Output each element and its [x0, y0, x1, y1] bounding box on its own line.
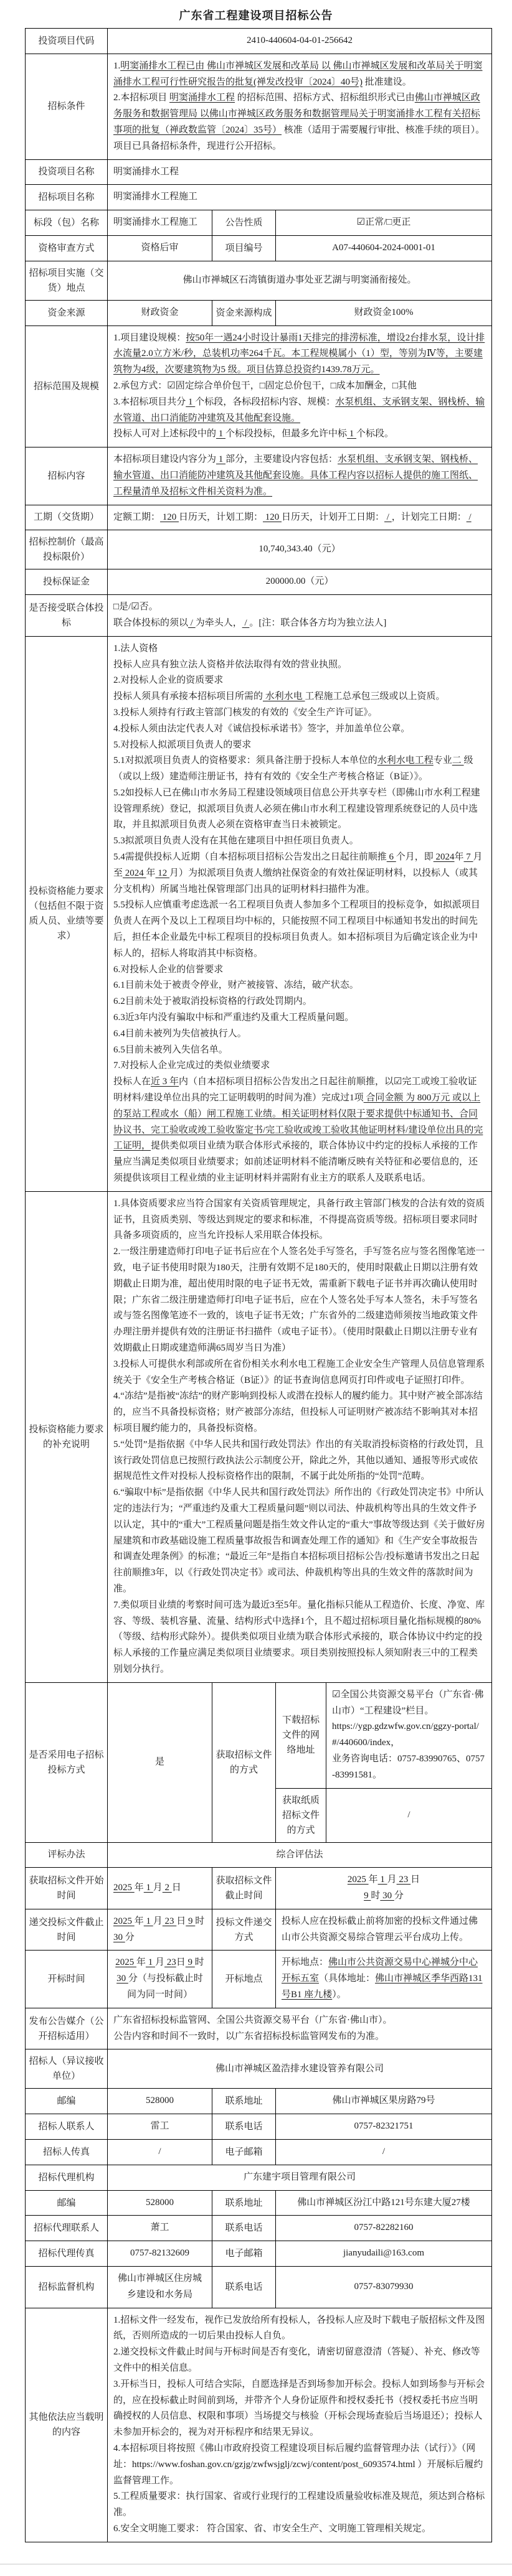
paper-docs-value: /	[326, 1788, 492, 1842]
paper-docs-label: 获取纸质招标文件的方式	[276, 1788, 326, 1842]
project-number-value: A07-440604-2024-0001-01	[276, 235, 492, 261]
row-invest-name: 投资项目名称 明窦涌排水工程	[26, 159, 492, 185]
qualification-review-value: 资格后审	[108, 235, 212, 261]
location-label: 招标项目实施（交货）地点	[26, 261, 108, 300]
row-duration: 工期（交货期） 定额工期： 120 日历天，计划工期： 120 日历天，计划开工…	[26, 505, 492, 530]
tender-conditions-label: 招标条件	[26, 54, 108, 159]
row-tenderer-fax: 招标人传真 / 电子邮箱 /	[26, 2140, 492, 2165]
row-evaluation-method: 评标办法 综合评估法	[26, 1842, 492, 1868]
invest-name-value: 明窦涌排水工程	[108, 159, 492, 185]
doc-end-value: 2025 年 1 月 23 日9 时 30 分	[276, 1868, 492, 1909]
tenderer-fax-label: 招标人传真	[26, 2140, 108, 2165]
page-title: 广东省工程建设项目招标公告	[0, 0, 512, 28]
other-label: 其他依法应当载明的内容	[26, 2308, 108, 2542]
row-bid-bond: 投标保证金 200000.00（元）	[26, 569, 492, 595]
qualification-notes-label: 投标资格能力要求的补充说明	[26, 1191, 108, 1682]
supervisor-label: 招标监督机构	[26, 2267, 108, 2308]
qualification-review-label: 资格审查方式	[26, 235, 108, 261]
e-bidding-label: 是否采用电子招标投标方式	[26, 1682, 108, 1842]
scope-label: 招标范围及规模	[26, 326, 108, 447]
section-name-value: 明窦涌排水工程施工	[108, 210, 212, 236]
evaluation-method-value: 综合评估法	[108, 1842, 492, 1868]
funds-label: 资金来源	[26, 300, 108, 326]
tender-conditions-text: 1.明窦涌排水工程已由 佛山市禅城区发展和改革局 以 佛山市禅城区发展和改革局关…	[108, 54, 492, 159]
content-text: 本招标项目建设内容分为 1 部分，主要建设内容包括：水泵机组、支承钢支架、钢栈桥…	[108, 447, 492, 505]
tender-notice-table: 投资项目代码 2410-440604-04-01-256642 招标条件 1.明…	[25, 28, 492, 2542]
row-agency-fax: 招标代理传真 0757-82132609 电子邮箱 jianyudaili@16…	[26, 2241, 492, 2267]
agency-postcode-label: 邮编	[26, 2190, 108, 2216]
agency-fax-label: 招标代理传真	[26, 2241, 108, 2267]
tenderer-address-value: 佛山市禅城区果房路79号	[276, 2089, 492, 2114]
row-qualification-review: 资格审查方式 资格后审 项目编号 A07-440604-2024-0001-01	[26, 235, 492, 261]
agency-value: 广东建宇项目管理有限公司	[108, 2165, 492, 2190]
project-number-label: 项目编号	[212, 235, 276, 261]
media-text: 广东省招标投标监管网、全国公共资源交易平台（广东省·佛山市）。公告内容和时间不一…	[108, 2008, 492, 2049]
row-tenderer-postcode: 邮编 528000 联系地址 佛山市禅城区果房路79号	[26, 2089, 492, 2114]
supervisor-value: 佛山市禅城区住房城乡建设和水务局	[108, 2267, 212, 2308]
row-other: 其他依法应当载明的内容 1.招标文件一经发布，视作已发放给所有投标人，各投标人应…	[26, 2308, 492, 2542]
bid-bond-value: 200000.00（元）	[108, 569, 492, 595]
tenderer-postcode-label: 邮编	[26, 2089, 108, 2114]
opening-time-label: 开标时间	[26, 1951, 108, 2008]
row-invest-code: 投资项目代码 2410-440604-04-01-256642	[26, 29, 492, 54]
other-text: 1.招标文件一经发布，视作已发放给所有投标人，各投标人应及时下载电子版招标文件及…	[108, 2308, 492, 2542]
qualification-requirements-label: 投标资格能力要求（包括但不限于资质人员、业绩等要求）	[26, 636, 108, 1191]
agency-postcode-value: 528000	[108, 2190, 212, 2216]
agency-fax-value: 0757-82132609	[108, 2241, 212, 2267]
supervisor-phone-value: 0757-83079930	[276, 2267, 492, 2308]
content-label: 招标内容	[26, 447, 108, 505]
row-agency: 招标代理机构 广东建宇项目管理有限公司	[26, 2165, 492, 2190]
tenderer-phone-value: 0757-82321751	[276, 2114, 492, 2140]
consortium-text: □是/☑否。联合体投标的须以 / 为牵头人， / 。[注：联合体各方均为独立法人…	[108, 595, 492, 637]
doc-start-label: 获取招标文件开始时间	[26, 1868, 108, 1909]
page-bottom-divider	[0, 2564, 512, 2576]
row-agency-postcode: 邮编 528000 联系地址 佛山市禅城区汾江中路121号东建大厦27楼	[26, 2190, 492, 2216]
notice-nature-label: 公告性质	[212, 210, 276, 236]
agency-email-value: jianyudaili@163.com	[276, 2241, 492, 2267]
row-doc-times: 获取招标文件开始时间 2025 年 1 月 2 日 获取招标文件截止时间 202…	[26, 1868, 492, 1909]
agency-phone-value: 0757-82282160	[276, 2216, 492, 2241]
tenderer-address-label: 联系地址	[212, 2089, 276, 2114]
row-tenderer: 招标人（异议接收单位） 佛山市禅城区盈浩排水建设管养有限公司	[26, 2049, 492, 2089]
download-url-value: ☑全国公共资源交易平台（广东省·佛山市）“工程建设”栏目。https://ygp…	[326, 1682, 492, 1788]
scope-text: 1.项目建设规模：按50年一遇24小时设计暴雨1天排完的排涝标准，增设2台排水泵…	[108, 326, 492, 447]
tenderer-fax-value: /	[108, 2140, 212, 2165]
row-tenderer-contact: 招标人联系人 雷工 联系电话 0757-82321751	[26, 2114, 492, 2140]
tenderer-contact-label: 招标人联系人	[26, 2114, 108, 2140]
opening-place-label: 开标地点	[212, 1951, 276, 2008]
tenderer-postcode-value: 528000	[108, 2089, 212, 2114]
row-project-name: 招标项目名称 明窦涌排水工程施工	[26, 185, 492, 210]
project-name-value: 明窦涌排水工程施工	[108, 185, 492, 210]
submit-deadline-value: 2025 年 1 月 23 日 9 时 30 分	[108, 1909, 212, 1951]
invest-code-value: 2410-440604-04-01-256642	[108, 29, 492, 54]
notice-nature-value: ☑正常/□更正	[276, 210, 492, 236]
download-url-label: 下载招标文件的网络地址	[276, 1682, 326, 1788]
invest-code-label: 投资项目代码	[26, 29, 108, 54]
agency-contact-label: 招标代理联系人	[26, 2216, 108, 2241]
delivery-method-value: 投标人应在投标截止前将加密的投标文件通过佛山市公共资源交易综合管理云平台成功上传…	[276, 1909, 492, 1951]
supervisor-phone-label: 联系电话	[212, 2267, 276, 2308]
agency-email-label: 电子邮箱	[212, 2241, 276, 2267]
row-location: 招标项目实施（交货）地点 佛山市禅城区石湾镇街道办事处亚艺湖与明窦涌衔接处。	[26, 261, 492, 300]
qualification-requirements-text: 1.法人资格投标人应具有独立法人资格并依法取得有效的营业执照。2.对投标人企业的…	[108, 636, 492, 1191]
agency-address-value: 佛山市禅城区汾江中路121号东建大厦27楼	[276, 2190, 492, 2216]
submit-deadline-label: 递交投标文件截止时间	[26, 1909, 108, 1951]
agency-address-label: 联系地址	[212, 2190, 276, 2216]
agency-label: 招标代理机构	[26, 2165, 108, 2190]
row-tender-conditions: 招标条件 1.明窦涌排水工程已由 佛山市禅城区发展和改革局 以 佛山市禅城区发展…	[26, 54, 492, 159]
invest-name-label: 投资项目名称	[26, 159, 108, 185]
row-submit-deadline: 递交投标文件截止时间 2025 年 1 月 23 日 9 时 30 分 投标文件…	[26, 1909, 492, 1951]
section-name-label: 标段（包）名称	[26, 210, 108, 236]
control-price-label: 招标控制价（最高投标限价）	[26, 530, 108, 569]
evaluation-method-label: 评标办法	[26, 1842, 108, 1868]
tenderer-phone-label: 联系电话	[212, 2114, 276, 2140]
doc-start-value: 2025 年 1 月 2 日	[108, 1868, 212, 1909]
row-opening: 开标时间 2025 年 1 月 23日 9 时30 分（与投标截止时间为同一时间…	[26, 1951, 492, 2008]
row-section-name: 标段（包）名称 明窦涌排水工程施工 公告性质 ☑正常/□更正	[26, 210, 492, 236]
tenderer-value: 佛山市禅城区盈浩排水建设管养有限公司	[108, 2049, 492, 2089]
row-consortium: 是否接受联合体投标 □是/☑否。联合体投标的须以 / 为牵头人， / 。[注：联…	[26, 595, 492, 637]
e-bidding-value: 是	[108, 1682, 212, 1842]
agency-phone-label: 联系电话	[212, 2216, 276, 2241]
row-media: 发布公告媒介（公开招标适用） 广东省招标投标监管网、全国公共资源交易平台（广东省…	[26, 2008, 492, 2049]
qualification-notes-text: 1.具体资质要求应当符合国家有关资质管理规定，具备行政主管部门核发的合法有效的资…	[108, 1191, 492, 1682]
row-qualification-notes: 投标资格能力要求的补充说明 1.具体资质要求应当符合国家有关资质管理规定，具备行…	[26, 1191, 492, 1682]
funds-value: 财政资金	[108, 300, 212, 326]
row-agency-contact: 招标代理联系人 萧工 联系电话 0757-82282160	[26, 2216, 492, 2241]
media-label: 发布公告媒介（公开招标适用）	[26, 2008, 108, 2049]
row-funds: 资金来源 财政资金 资金来源构成 财政资金100%	[26, 300, 492, 326]
location-value: 佛山市禅城区石湾镇街道办事处亚艺湖与明窦涌衔接处。	[108, 261, 492, 300]
bid-bond-label: 投标保证金	[26, 569, 108, 595]
row-e-bidding-download: 是否采用电子招标投标方式 是 获取招标文件的方式 下载招标文件的网络地址 ☑全国…	[26, 1682, 492, 1788]
row-content: 招标内容 本招标项目建设内容分为 1 部分，主要建设内容包括：水泵机组、支承钢支…	[26, 447, 492, 505]
row-supervisor: 招标监督机构 佛山市禅城区住房城乡建设和水务局 联系电话 0757-830799…	[26, 2267, 492, 2308]
delivery-method-label: 投标文件递交方式	[212, 1909, 276, 1951]
funds-composition-label: 资金来源构成	[212, 300, 276, 326]
tender-notice-page: 广东省工程建设项目招标公告 投资项目代码 2410-440604-04-01-2…	[0, 0, 512, 2576]
duration-text: 定额工期： 120 日历天，计划工期： 120 日历天，计划开工日期： / ，计…	[108, 505, 492, 530]
opening-time-value: 2025 年 1 月 23日 9 时30 分（与投标截止时间为同一时间）	[108, 1951, 212, 2008]
row-qualification-requirements: 投标资格能力要求（包括但不限于资质人员、业绩等要求） 1.法人资格投标人应具有独…	[26, 636, 492, 1191]
doc-end-label: 获取招标文件截止时间	[212, 1868, 276, 1909]
tenderer-email-value: /	[276, 2140, 492, 2165]
row-control-price: 招标控制价（最高投标限价） 10,740,343.40（元）	[26, 530, 492, 569]
funds-composition-value: 财政资金100%	[276, 300, 492, 326]
project-name-label: 招标项目名称	[26, 185, 108, 210]
row-scope: 招标范围及规模 1.项目建设规模：按50年一遇24小时设计暴雨1天排完的排涝标准…	[26, 326, 492, 447]
tenderer-contact-value: 雷工	[108, 2114, 212, 2140]
duration-label: 工期（交货期）	[26, 505, 108, 530]
obtain-docs-label: 获取招标文件的方式	[212, 1682, 276, 1842]
tenderer-label: 招标人（异议接收单位）	[26, 2049, 108, 2089]
control-price-value: 10,740,343.40（元）	[108, 530, 492, 569]
agency-contact-value: 萧工	[108, 2216, 212, 2241]
opening-place-value: 开标地点：佛山市公共资源交易中心禅城分中心开标五室（具体地址：佛山市禅城区季华西…	[276, 1951, 492, 2008]
consortium-label: 是否接受联合体投标	[26, 595, 108, 637]
tenderer-email-label: 电子邮箱	[212, 2140, 276, 2165]
